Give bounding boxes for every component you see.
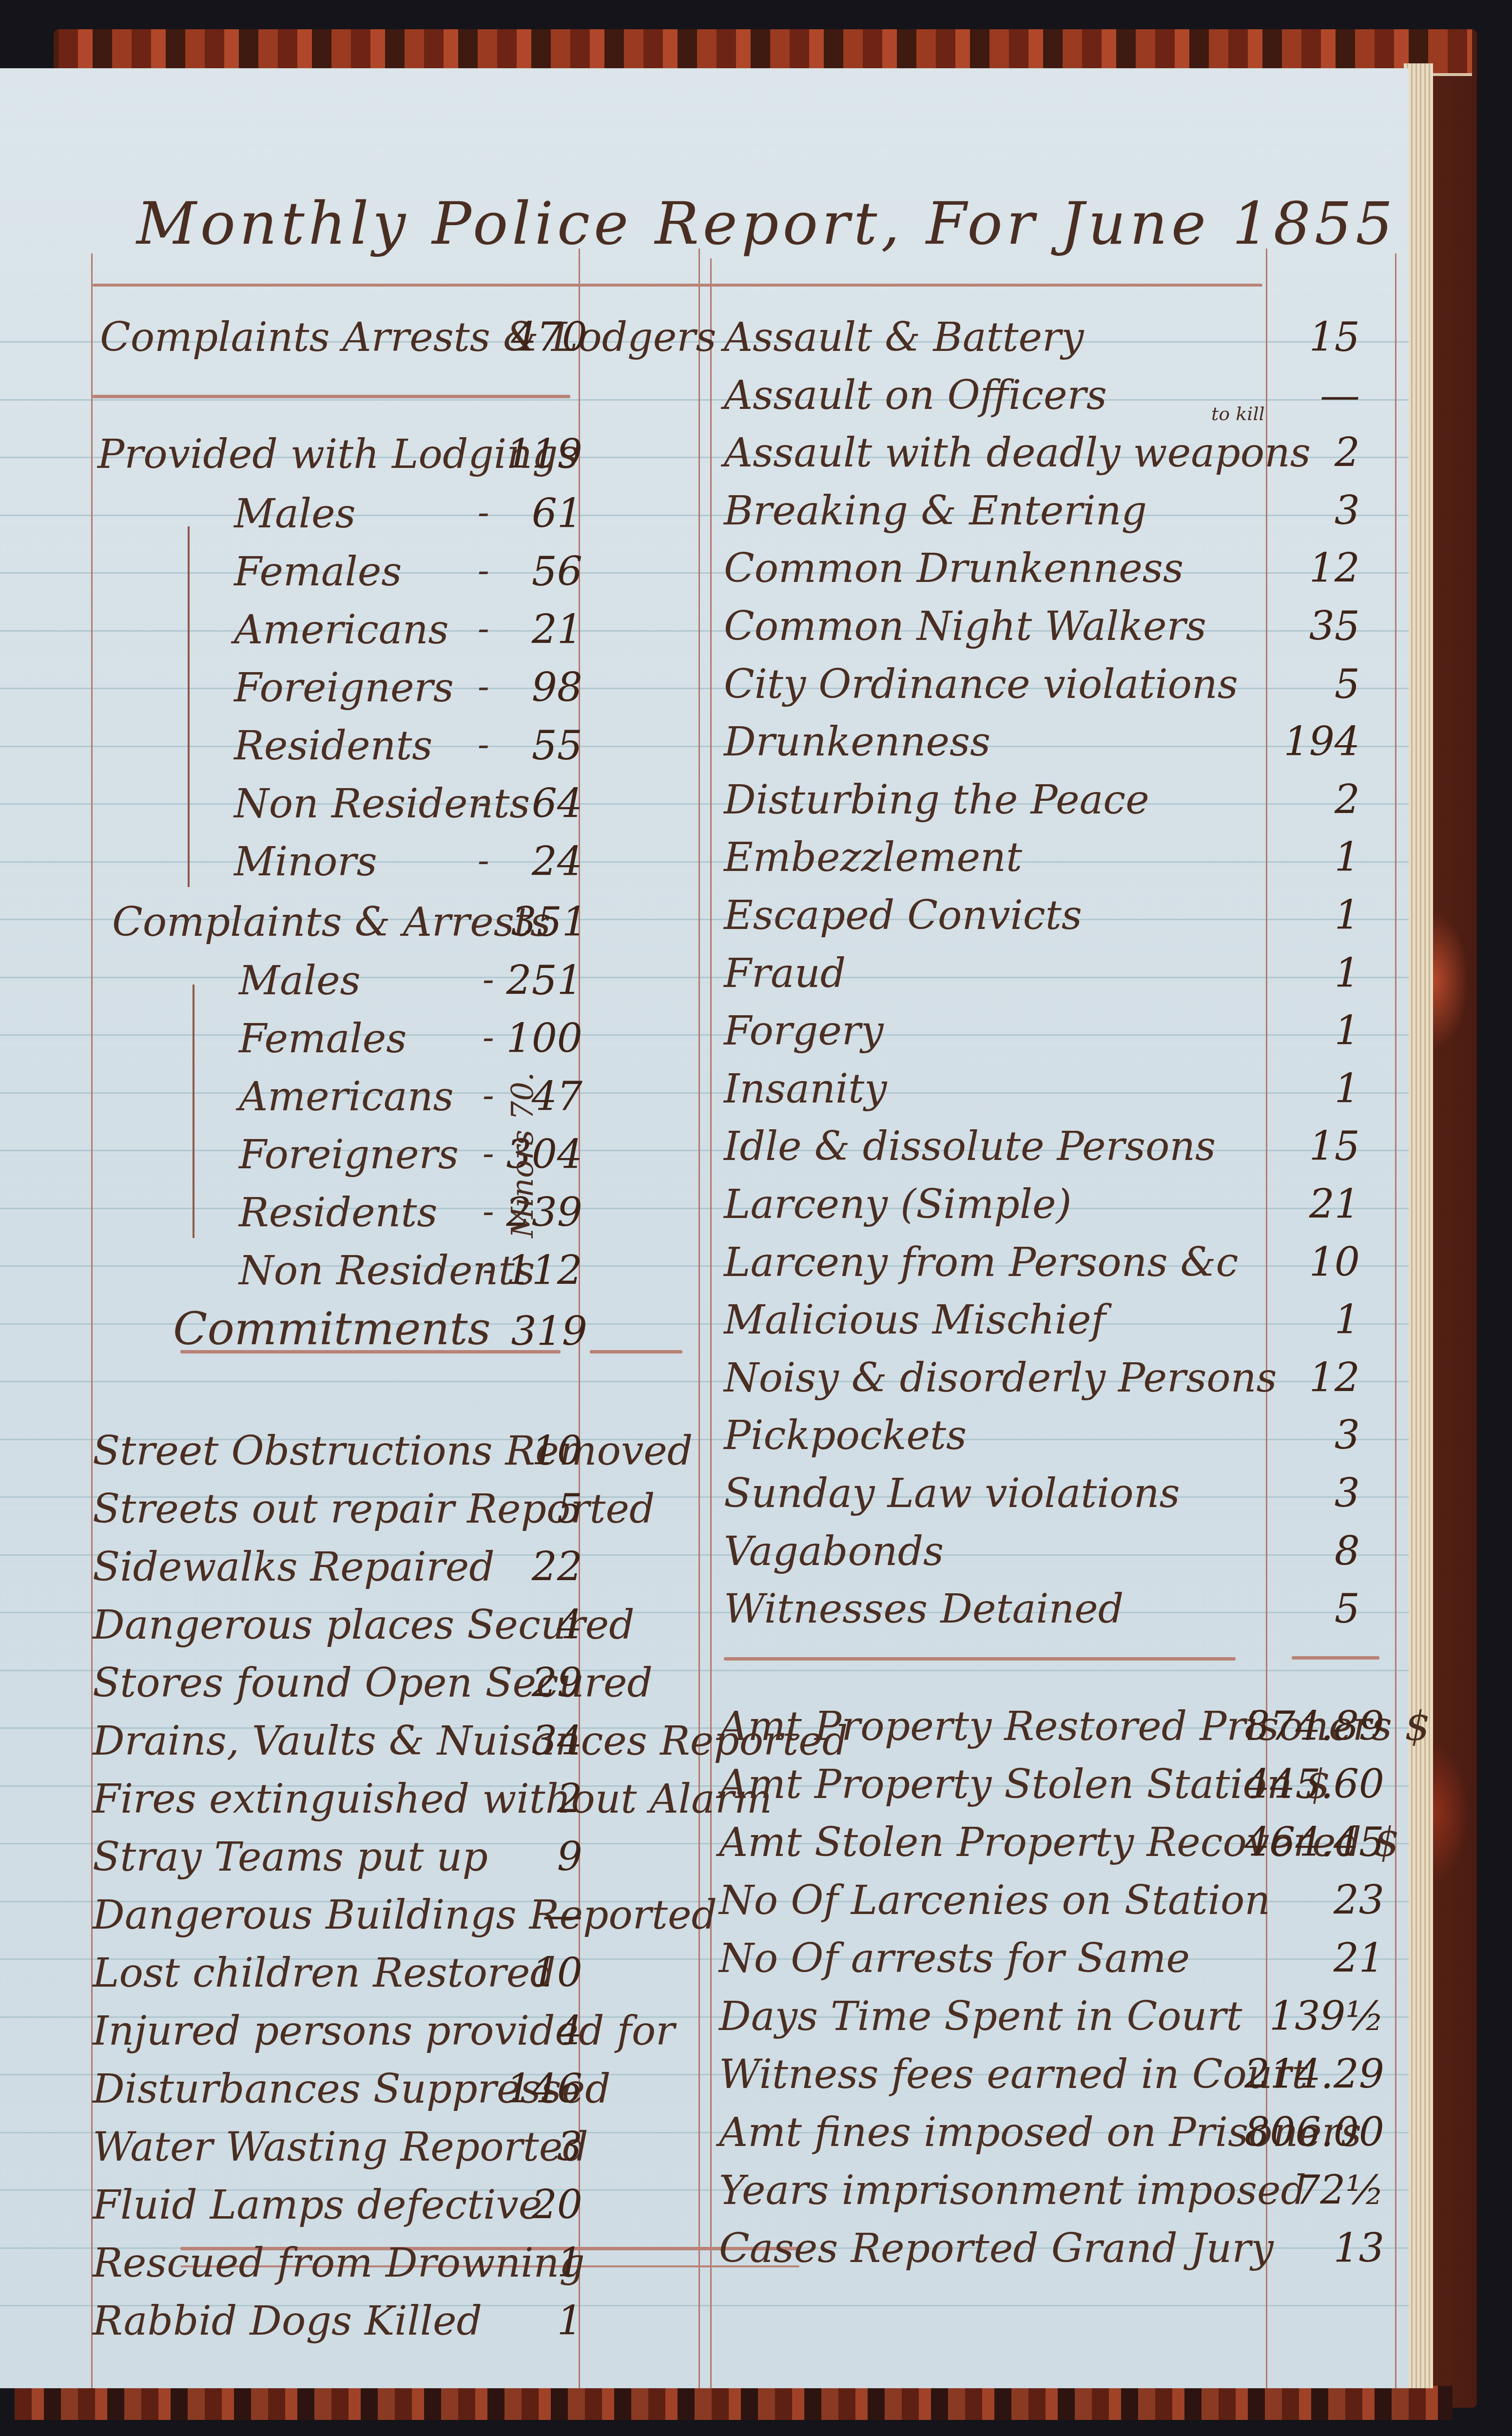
leader-dash: -	[478, 666, 489, 706]
table-row: Non Residents-64	[0, 773, 697, 831]
row-value: 2	[1335, 430, 1360, 476]
row-value: —	[543, 1892, 582, 1938]
row-label: Embezzlement	[724, 834, 1022, 881]
row-label: Residents	[239, 1190, 437, 1236]
table-row: Cases Reported Grand Jury13	[712, 2218, 1404, 2276]
row-value: 1	[1335, 1008, 1360, 1054]
section-rule-3b	[1292, 1656, 1379, 1660]
table-row: Rabbid Dogs Killed1	[0, 2291, 697, 2348]
row-value: 21	[532, 607, 582, 653]
row-value: 4	[557, 1602, 582, 1648]
leader-dash: -	[478, 608, 489, 648]
row-label: Assault with deadly weapons	[724, 430, 1311, 476]
row-value: 1	[1335, 950, 1360, 997]
row-value: 55	[532, 723, 582, 769]
row-label: Pickpockets	[724, 1412, 967, 1459]
row-value: 29	[532, 1660, 582, 1706]
leader-dash: -	[483, 1249, 494, 1289]
table-row: Residents-239	[0, 1182, 697, 1240]
row-label: Larceny from Persons &c	[724, 1239, 1238, 1286]
row-label: Witness fees earned in Court	[719, 2051, 1308, 2098]
row-label: Dangerous places Secured	[93, 1602, 635, 1648]
row-label: Forgery	[724, 1008, 884, 1054]
row-label: Complaints & Arrests	[112, 899, 551, 946]
leader-dash: -	[483, 1191, 494, 1231]
table-row: Fires extinguished without Alarm2	[0, 1769, 697, 1826]
row-label: Americans	[234, 607, 449, 653]
row-label: Assault & Battery	[724, 314, 1084, 361]
table-row: Minors-24	[0, 831, 697, 889]
table-row: Days Time Spent in Court139½	[712, 1986, 1404, 2044]
table-row: Drunkenness194	[712, 712, 1394, 769]
row-label: Foreigners	[234, 665, 454, 711]
table-row: Larceny from Persons &c10	[712, 1232, 1394, 1290]
row-label: Water Wasting Reported	[93, 2124, 588, 2170]
row-label: Rabbid Dogs Killed	[93, 2298, 482, 2344]
row-value: 10	[1309, 1239, 1360, 1286]
row-value: 3	[1335, 1470, 1360, 1517]
row-label: Sunday Law violations	[724, 1470, 1180, 1517]
row-label: Street Obstructions Removed	[93, 1428, 693, 1474]
row-label: Dangerous Buildings Reported	[93, 1892, 717, 1938]
row-label: Males	[234, 491, 356, 537]
row-label: Years imprisonment imposed	[719, 2167, 1306, 2214]
table-row: Rescued from Drowning1	[0, 2233, 697, 2290]
table-row: Embezzlement1	[712, 827, 1394, 885]
table-row: Stray Teams put up9	[0, 1827, 697, 1884]
row-label: Stray Teams put up	[93, 1834, 488, 1880]
table-row: Insanity1	[712, 1059, 1394, 1116]
table-row: Assault & Battery15	[712, 307, 1394, 365]
table-row: Drains, Vaults & Nuisances Reported34	[0, 1711, 697, 1768]
row-value: 1	[1335, 892, 1360, 939]
table-row: City Ordinance violations5	[712, 654, 1394, 712]
table-row: Non Residents-112	[0, 1240, 697, 1298]
row-label: Females	[234, 549, 402, 595]
row-label: Noisy & disorderly Persons	[724, 1355, 1277, 1401]
row-label: Rescued from Drowning	[93, 2240, 585, 2286]
table-row: Pickpockets3	[712, 1405, 1394, 1463]
table-row: Males-251	[0, 950, 697, 1008]
leader-dash: -	[478, 782, 489, 822]
row-value: 15	[1309, 1123, 1360, 1170]
table-row: Witness fees earned in Court214.29	[712, 2044, 1404, 2102]
row-label: Americans	[239, 1074, 454, 1120]
leader-dash: -	[478, 724, 489, 764]
table-row: Foreigners-304	[0, 1124, 697, 1182]
table-row: Amt Stolen Property Recovered $464.45	[712, 1812, 1404, 1870]
table-row: Assault with deadly weaponsto kill2	[712, 423, 1394, 480]
table-row: Common Night Walkers35	[712, 596, 1394, 654]
row-label: Disturbing the Peace	[724, 777, 1149, 823]
row-label: Days Time Spent in Court	[719, 1993, 1242, 2040]
row-complaints-arrests-lodgers: Complaints Arrests & Lodgers 470	[0, 307, 697, 365]
row-label: Breaking & Entering	[724, 488, 1147, 534]
row-value: 13	[1334, 2225, 1384, 2272]
table-row: Lost children Restored10	[0, 1943, 697, 2000]
row-value: 15	[1309, 314, 1360, 361]
table-row: Residents-55	[0, 715, 697, 773]
table-row: Malicious Mischief1	[712, 1290, 1394, 1347]
row-value: 64	[532, 781, 582, 827]
table-row: Streets out repair Reported5	[0, 1479, 697, 1536]
row-value: 1	[1335, 834, 1360, 881]
row-value: 251	[506, 958, 582, 1004]
center-divider-line-1	[698, 249, 700, 2388]
row-value: 12	[1309, 545, 1360, 592]
table-row: Sunday Law violations3	[712, 1463, 1394, 1521]
row-value: 2	[557, 1776, 582, 1822]
row-value: 470	[511, 314, 587, 361]
row-value: 98	[532, 665, 582, 711]
row-value: 22	[532, 1544, 582, 1590]
leader-dash: -	[483, 1017, 494, 1057]
row-label: Complaints Arrests & Lodgers	[100, 314, 717, 361]
row-label: Amt Property Stolen Station $	[719, 1761, 1331, 1808]
leader-dash: -	[483, 959, 494, 999]
leader-dash: -	[478, 840, 489, 880]
row-value: 806.00	[1244, 2109, 1384, 2156]
row-superscript: to kill	[1211, 403, 1265, 425]
table-row: Vagabonds8	[712, 1521, 1394, 1579]
table-row: Witnesses Detained5	[712, 1579, 1394, 1636]
table-row: Amt fines imposed on Prisoners806.00	[712, 2102, 1404, 2160]
table-row: Disturbances Suppressed146	[0, 2059, 697, 2116]
leader-dash: -	[483, 1133, 494, 1173]
table-row: Americans-21	[0, 599, 697, 657]
row-label: Foreigners	[239, 1132, 459, 1178]
table-row: Water Wasting Reported3	[0, 2117, 697, 2174]
row-label: No Of arrests for Same	[719, 1935, 1190, 1982]
table-row: Forgery1	[712, 1001, 1394, 1058]
row-value: 10	[532, 1950, 582, 1996]
row-value: 194	[1283, 719, 1360, 765]
table-row: Dangerous Buildings Reported—	[0, 1885, 697, 1942]
row-label: No Of Larcenies on Station	[719, 1877, 1270, 1924]
table-row: Disturbing the Peace2	[712, 770, 1394, 827]
row-label: Fires extinguished without Alarm	[93, 1776, 772, 1822]
row-value: 20	[532, 2182, 582, 2228]
row-value: 874.89	[1244, 1703, 1384, 1750]
table-row: Years imprisonment imposed72½	[712, 2160, 1404, 2218]
row-label: Witnesses Detained	[724, 1586, 1124, 1632]
table-row: Dangerous places Secured4	[0, 1595, 697, 1652]
row-value: 12	[1309, 1355, 1360, 1401]
table-row: Common Drunkenness12	[712, 538, 1394, 596]
row-label: Insanity	[724, 1066, 887, 1112]
section-rule-3	[724, 1657, 1236, 1661]
table-row: Sidewalks Repaired22	[0, 1537, 697, 1594]
row-label: Residents	[234, 723, 432, 769]
section-rule-1	[93, 395, 570, 398]
row-value: —	[1320, 372, 1360, 419]
table-row: Amt Property Restored Prisoners $874.89	[712, 1696, 1404, 1754]
row-value: 1	[1335, 1066, 1360, 1112]
row-value: 1	[557, 2240, 582, 2286]
row-value: 119	[506, 431, 582, 478]
table-row: Escaped Convicts1	[712, 885, 1394, 943]
row-label: Lost children Restored	[93, 1950, 556, 1996]
row-value: 35	[1309, 603, 1360, 650]
table-row: Amt Property Stolen Station $445.60	[712, 1754, 1404, 1812]
page-title: Monthly Police Report, For June 1855	[136, 190, 1233, 258]
table-row: Breaking & Entering3	[712, 481, 1394, 538]
row-label: Injured persons provided for	[93, 2008, 675, 2054]
row-value: 319	[511, 1309, 587, 1355]
row-label: Common Drunkenness	[724, 545, 1183, 592]
row-value: 100	[506, 1016, 582, 1062]
row-value: 9	[557, 1834, 582, 1880]
row-value: 3	[1335, 488, 1360, 534]
row-value: 1	[1335, 1297, 1360, 1343]
row-label: Sidewalks Repaired	[93, 1544, 495, 1590]
table-row: Larceny (Simple)21	[712, 1174, 1394, 1232]
row-value: 3	[557, 2124, 582, 2170]
row-label: Fraud	[724, 950, 846, 997]
row-label: Cases Reported Grand Jury	[719, 2225, 1274, 2272]
row-value: 2	[1335, 777, 1360, 823]
minors-side-note: Minors 70.	[504, 1072, 540, 1238]
row-label: Idle & dissolute Persons	[724, 1123, 1216, 1170]
row-label: Escaped Convicts	[724, 892, 1082, 939]
row-value: 351	[511, 899, 587, 946]
row-value: 139½	[1269, 1993, 1384, 2040]
row-label: Fluid Lamps defective	[93, 2182, 542, 2228]
row-label: Males	[239, 958, 361, 1004]
row-value: 61	[532, 491, 582, 537]
leader-dash: -	[483, 1075, 494, 1115]
table-row: Females-56	[0, 541, 697, 599]
table-row: Noisy & disorderly Persons12	[712, 1348, 1394, 1405]
table-row: Idle & dissolute Persons15	[712, 1116, 1394, 1174]
row-label: City Ordinance violations	[724, 661, 1238, 708]
table-row: Street Obstructions Removed10	[0, 1421, 697, 1478]
table-row: Females-100	[0, 1008, 697, 1066]
row-value: 23	[1334, 1877, 1384, 1924]
row-label: Vagabonds	[724, 1528, 944, 1575]
row-value: 5	[1335, 661, 1360, 708]
table-row: Injured persons provided for4	[0, 2001, 697, 2058]
row-commitments: Commitments 319	[0, 1301, 697, 1359]
row-value: 34	[532, 1718, 582, 1764]
row-complaints-and-arrests: Complaints & Arrests 351	[0, 892, 697, 949]
row-label: Drunkenness	[724, 719, 990, 765]
row-value: 4	[557, 2008, 582, 2054]
row-value: 464.45	[1244, 1819, 1384, 1866]
row-value: 1	[557, 2298, 582, 2344]
table-row: Assault on Officers—	[712, 365, 1394, 423]
cover-edge-bottom	[15, 2386, 1453, 2420]
row-value: 5	[557, 1486, 582, 1532]
table-row: Males-61	[0, 483, 697, 541]
row-value: 10	[532, 1428, 582, 1474]
leader-dash: -	[478, 492, 489, 532]
table-row: Americans-47	[0, 1066, 697, 1124]
row-provided-with-lodgings: Provided with Lodgings 119	[0, 424, 697, 482]
row-value: 72½	[1295, 2167, 1384, 2214]
title-underline	[93, 284, 1262, 287]
row-value: 112	[506, 1248, 582, 1294]
row-value: 8	[1335, 1528, 1360, 1575]
table-row: Stores found Open Secured29	[0, 1653, 697, 1710]
row-value: 146	[506, 2066, 582, 2112]
row-label: Minors	[234, 839, 377, 885]
leader-dash: -	[478, 550, 489, 590]
row-value: 3	[1335, 1412, 1360, 1459]
row-label: Common Night Walkers	[724, 603, 1206, 650]
row-label: Females	[239, 1016, 407, 1062]
row-label: Assault on Officers	[724, 372, 1107, 419]
row-label: Larceny (Simple)	[724, 1181, 1072, 1228]
row-value: 21	[1334, 1935, 1384, 1982]
table-row: No Of Larcenies on Station23	[712, 1870, 1404, 1928]
row-value: 21	[1309, 1181, 1360, 1228]
table-row: No Of arrests for Same21	[712, 1928, 1404, 1986]
row-label: Commitments	[173, 1303, 491, 1355]
table-row: Fluid Lamps defective20	[0, 2175, 697, 2232]
table-row: Fraud1	[712, 943, 1394, 1001]
row-value: 445.60	[1244, 1761, 1384, 1808]
row-label: Malicious Mischief	[724, 1297, 1106, 1343]
ledger-page: Monthly Police Report, For June 1855 Com…	[0, 68, 1409, 2388]
row-value: 214.29	[1244, 2051, 1384, 2098]
row-value: 5	[1335, 1586, 1360, 1632]
row-value: 24	[532, 839, 582, 885]
row-value: 56	[532, 549, 582, 595]
table-row: Foreigners-98	[0, 657, 697, 715]
